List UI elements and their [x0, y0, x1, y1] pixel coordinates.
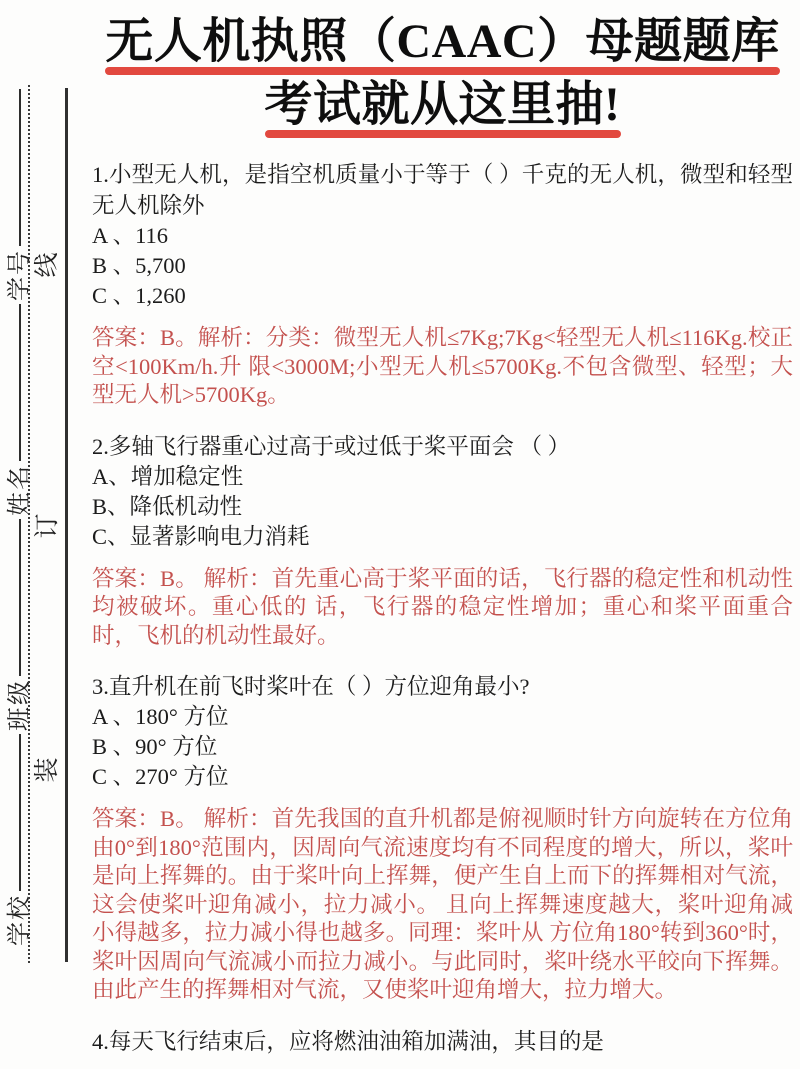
- binding-char-ding: 订: [33, 511, 63, 541]
- page-title: 无人机执照（CAAC）母题题库 考试就从这里抽!: [92, 0, 793, 138]
- question-1-option-a: A 、116: [92, 221, 793, 251]
- binding-char-zhuang: 装: [33, 755, 63, 785]
- exam-page: 学校 班级 姓名 学号 线 订 装 无人机执照（CAAC）母题题库 考试就从这里…: [0, 0, 800, 1069]
- question-3: 3.直升机在前飞时桨叶在（ ）方位迎角最小? A 、180° 方位 B 、90°…: [92, 671, 793, 1005]
- question-2-text: 2.多轴飞行器重心过高于或过低于桨平面会 （ ）: [92, 431, 793, 462]
- question-2-option-c: C、显著影响电力消耗: [92, 522, 793, 552]
- question-3-text: 3.直升机在前飞时桨叶在（ ）方位迎角最小?: [92, 671, 793, 702]
- field-blank-school: [19, 734, 22, 891]
- question-3-option-b: B 、90° 方位: [92, 732, 793, 762]
- question-1-text: 1.小型无人机，是指空机质量小于等于（ ）千克的无人机，微型和轻型无人机除外: [92, 159, 793, 221]
- question-4: 4.每天飞行结束后，应将燃油油箱加满油，其目的是: [92, 1026, 793, 1057]
- margin-inner-line: [65, 88, 68, 962]
- field-label-student-id: 学号: [5, 249, 35, 301]
- title-line-1-wrap: 无人机执照（CAAC）母题题库: [105, 14, 779, 75]
- field-label-class: 班级: [5, 679, 35, 731]
- question-4-text: 4.每天飞行结束后，应将燃油油箱加满油，其目的是: [92, 1026, 793, 1057]
- question-2: 2.多轴飞行器重心过高于或过低于桨平面会 （ ） A、增加稳定性 B、降低机动性…: [92, 431, 793, 651]
- title-line-2: 考试就从这里抽!: [265, 77, 621, 133]
- field-blank-class: [19, 519, 22, 676]
- field-blank-name: [19, 304, 22, 461]
- field-label-name: 姓名: [5, 464, 35, 516]
- question-1-option-b: B 、5,700: [92, 251, 793, 281]
- binding-dotted-line: [28, 85, 30, 963]
- question-3-option-c: C 、270° 方位: [92, 762, 793, 792]
- question-3-option-a: A 、180° 方位: [92, 702, 793, 732]
- field-label-school: 学校: [5, 894, 35, 946]
- question-1-answer: 答案：B。解析：分类：微型无人机≤7Kg;7Kg<轻型无人机≤116Kg.校正空…: [92, 324, 793, 410]
- field-blank-student-id: [19, 89, 22, 246]
- title-line-2-wrap: 考试就从这里抽!: [265, 77, 621, 138]
- content-area: 无人机执照（CAAC）母题题库 考试就从这里抽! 1.小型无人机，是指空机质量小…: [92, 0, 793, 1057]
- question-3-answer: 答案：B。 解析：首先我国的直升机都是俯视顺时针方向旋转在方位角由0°到180°…: [92, 805, 793, 1005]
- student-fields-line: 学校 班级 姓名 学号: [5, 86, 35, 946]
- question-1: 1.小型无人机，是指空机质量小于等于（ ）千克的无人机，微型和轻型无人机除外 A…: [92, 159, 793, 410]
- question-2-answer: 答案：B。 解析：首先重心高于桨平面的话，飞行器的稳定性和机动性均被破坏。重心低…: [92, 565, 793, 651]
- question-2-option-b: B、降低机动性: [92, 492, 793, 522]
- question-1-option-c: C 、1,260: [92, 281, 793, 311]
- binding-char-xian: 线: [33, 250, 63, 280]
- question-2-option-a: A、增加稳定性: [92, 462, 793, 492]
- title-line-1: 无人机执照（CAAC）母题题库: [105, 14, 779, 70]
